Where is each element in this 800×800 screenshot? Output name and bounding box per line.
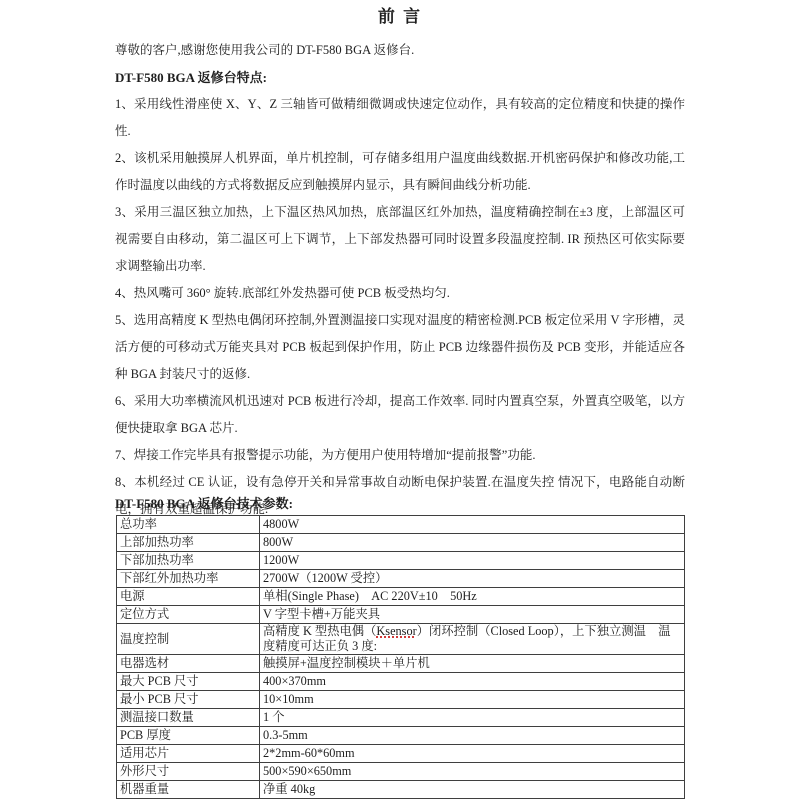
spec-value: 高精度 K 型热电偶（Ksensor）闭环控制（Closed Loop），上下独… (260, 624, 685, 655)
table-row: 定位方式V 字型卡槽+万能夹具 (117, 606, 685, 624)
table-row: 最大 PCB 尺寸400×370mm (117, 673, 685, 691)
table-row: 下部红外加热功率2700W（1200W 受控） (117, 570, 685, 588)
document-body: 前 言 尊敬的客户,感谢您使用我公司的 DT-F580 BGA 返修台. DT-… (115, 6, 685, 523)
spec-value: 2700W（1200W 受控） (260, 570, 685, 588)
feature-item: 4、热风嘴可 360° 旋转.底部红外发热器可使 PCB 板受热均匀. (115, 280, 685, 307)
spec-label: 外形尺寸 (117, 763, 260, 781)
specs-heading: DT-F580 BGA 返修台技术参数: (115, 490, 685, 517)
spec-label: 适用芯片 (117, 745, 260, 763)
spec-value: 1 个 (260, 709, 685, 727)
features-list: 1、采用线性滑座使 X、Y、Z 三轴皆可做精细微调或快速定位动作，具有较高的定位… (115, 91, 685, 523)
spec-label: PCB 厚度 (117, 727, 260, 745)
table-row: 最小 PCB 尺寸10×10mm (117, 691, 685, 709)
spellcheck-underline: Ksensor (376, 624, 416, 638)
feature-item: 6、采用大功率横流风机迅速对 PCB 板进行冷却，提高工作效率. 同时内置真空泵… (115, 388, 685, 442)
intro-paragraph: 尊敬的客户,感谢您使用我公司的 DT-F580 BGA 返修台. (115, 37, 685, 64)
spec-label: 最大 PCB 尺寸 (117, 673, 260, 691)
table-row: 测温接口数量1 个 (117, 709, 685, 727)
spec-label: 最小 PCB 尺寸 (117, 691, 260, 709)
table-row: 适用芯片2*2mm-60*60mm (117, 745, 685, 763)
specs-table-body: 总功率4800W上部加热功率800W下部加热功率1200W下部红外加热功率270… (117, 516, 685, 799)
feature-item: 1、采用线性滑座使 X、Y、Z 三轴皆可做精细微调或快速定位动作，具有较高的定位… (115, 91, 685, 145)
spec-label: 电源 (117, 588, 260, 606)
table-row: 外形尺寸500×590×650mm (117, 763, 685, 781)
page-title: 前 言 (115, 6, 685, 28)
spec-label: 下部红外加热功率 (117, 570, 260, 588)
spec-value: V 字型卡槽+万能夹具 (260, 606, 685, 624)
spec-value: 1200W (260, 552, 685, 570)
spec-label: 机器重量 (117, 781, 260, 799)
table-row: 上部加热功率800W (117, 534, 685, 552)
spec-value: 500×590×650mm (260, 763, 685, 781)
table-row: 总功率4800W (117, 516, 685, 534)
spec-value: 触摸屏+温度控制模块＋单片机 (260, 655, 685, 673)
spec-value: 净重 40kg (260, 781, 685, 799)
feature-item: 3、采用三温区独立加热，上下温区热风加热，底部温区红外加热，温度精确控制在±3 … (115, 199, 685, 280)
spec-label: 温度控制 (117, 624, 260, 655)
table-row: 下部加热功率1200W (117, 552, 685, 570)
table-row: PCB 厚度0.3-5mm (117, 727, 685, 745)
feature-item: 2、该机采用触摸屏人机界面，单片机控制，可存储多组用户温度曲线数据.开机密码保护… (115, 145, 685, 199)
spec-label: 上部加热功率 (117, 534, 260, 552)
spec-label: 电器选材 (117, 655, 260, 673)
spec-value: 800W (260, 534, 685, 552)
table-row: 电器选材触摸屏+温度控制模块＋单片机 (117, 655, 685, 673)
specs-table: 总功率4800W上部加热功率800W下部加热功率1200W下部红外加热功率270… (116, 515, 685, 799)
spec-value: 0.3-5mm (260, 727, 685, 745)
table-row: 温度控制高精度 K 型热电偶（Ksensor）闭环控制（Closed Loop）… (117, 624, 685, 655)
spec-value: 400×370mm (260, 673, 685, 691)
features-heading: DT-F580 BGA 返修台特点: (115, 64, 685, 91)
spec-label: 总功率 (117, 516, 260, 534)
spec-value: 10×10mm (260, 691, 685, 709)
spec-value: 2*2mm-60*60mm (260, 745, 685, 763)
document-page: 前 言 尊敬的客户,感谢您使用我公司的 DT-F580 BGA 返修台. DT-… (0, 0, 800, 800)
feature-item: 7、焊接工作完毕具有报警提示功能，为方便用户使用特增加“提前报警”功能. (115, 442, 685, 469)
spec-value: 4800W (260, 516, 685, 534)
spec-value: 单相(Single Phase) AC 220V±10 50Hz (260, 588, 685, 606)
table-row: 机器重量净重 40kg (117, 781, 685, 799)
table-row: 电源单相(Single Phase) AC 220V±10 50Hz (117, 588, 685, 606)
spec-label: 测温接口数量 (117, 709, 260, 727)
feature-item: 5、选用高精度 K 型热电偶闭环控制,外置测温接口实现对温度的精密检测.PCB … (115, 307, 685, 388)
spec-label: 定位方式 (117, 606, 260, 624)
spec-label: 下部加热功率 (117, 552, 260, 570)
